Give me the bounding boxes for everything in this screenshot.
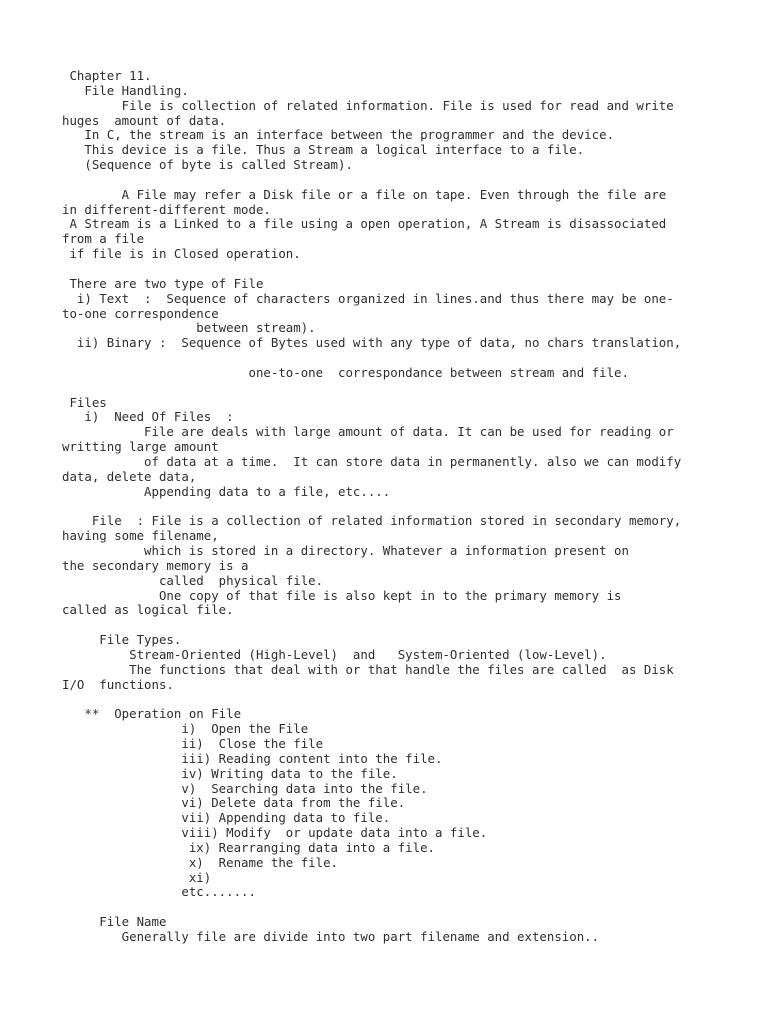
document-line: ii) Binary : Sequence of Bytes used with… <box>62 336 681 351</box>
document-line: if file is in Closed operation. <box>62 247 681 262</box>
document-line: One copy of that file is also kept in to… <box>62 589 681 604</box>
document-line: data, delete data, <box>62 470 681 485</box>
document-line: of data at a time. It can store data in … <box>62 455 681 470</box>
document-line: xi) <box>62 871 681 886</box>
document-line <box>62 618 681 633</box>
document-line: In C, the stream is an interface between… <box>62 128 681 143</box>
document-line: etc....... <box>62 885 681 900</box>
document-line: having some filename, <box>62 529 681 544</box>
document-line: between stream). <box>62 321 681 336</box>
document-line: v) Searching data into the file. <box>62 782 681 797</box>
document-line: writting large amount <box>62 440 681 455</box>
document-line: to-one correspondence <box>62 307 681 322</box>
document-line: i) Open the File <box>62 722 681 737</box>
document-line: The functions that deal with or that han… <box>62 663 681 678</box>
document-line: Stream-Oriented (High-Level) and System-… <box>62 648 681 663</box>
document-page: Chapter 11. File Handling. File is colle… <box>0 0 768 1024</box>
document-line: from a file <box>62 232 681 247</box>
document-line: i) Need Of Files : <box>62 410 681 425</box>
document-line: i) Text : Sequence of characters organiz… <box>62 292 681 307</box>
document-line: which is stored in a directory. Whatever… <box>62 544 681 559</box>
document-line: viii) Modify or update data into a file. <box>62 826 681 841</box>
document-line: File are deals with large amount of data… <box>62 425 681 440</box>
document-line <box>62 499 681 514</box>
document-line: (Sequence of byte is called Stream). <box>62 158 681 173</box>
document-line: Appending data to a file, etc.... <box>62 485 681 500</box>
document-line: called physical file. <box>62 574 681 589</box>
document-line <box>62 900 681 915</box>
document-line: called as logical file. <box>62 603 681 618</box>
document-line: ix) Rearranging data into a file. <box>62 841 681 856</box>
document-line <box>62 262 681 277</box>
document-line: in different-different mode. <box>62 203 681 218</box>
document-line: File Types. <box>62 633 681 648</box>
document-line: Files <box>62 396 681 411</box>
document-line <box>62 692 681 707</box>
document-line: I/O functions. <box>62 678 681 693</box>
document-line: iii) Reading content into the file. <box>62 752 681 767</box>
document-line: ii) Close the file <box>62 737 681 752</box>
document-line: one-to-one correspondance between stream… <box>62 366 681 381</box>
document-line <box>62 173 681 188</box>
document-line: File Name <box>62 915 681 930</box>
document-line: File is collection of related informatio… <box>62 99 681 114</box>
document-line: iv) Writing data to the file. <box>62 767 681 782</box>
document-line: huges amount of data. <box>62 114 681 129</box>
document-line <box>62 351 681 366</box>
document-line: Chapter 11. <box>62 69 681 84</box>
document-line: the secondary memory is a <box>62 559 681 574</box>
document-line: A Stream is a Linked to a file using a o… <box>62 217 681 232</box>
document-text: Chapter 11. File Handling. File is colle… <box>62 69 681 945</box>
document-line: ** Operation on File <box>62 707 681 722</box>
document-line: vii) Appending data to file. <box>62 811 681 826</box>
document-line: File Handling. <box>62 84 681 99</box>
document-line <box>62 381 681 396</box>
document-line: File : File is a collection of related i… <box>62 514 681 529</box>
document-line: x) Rename the file. <box>62 856 681 871</box>
document-line: A File may refer a Disk file or a file o… <box>62 188 681 203</box>
document-line: Generally file are divide into two part … <box>62 930 681 945</box>
document-line: There are two type of File <box>62 277 681 292</box>
document-line: This device is a file. Thus a Stream a l… <box>62 143 681 158</box>
document-line: vi) Delete data from the file. <box>62 796 681 811</box>
